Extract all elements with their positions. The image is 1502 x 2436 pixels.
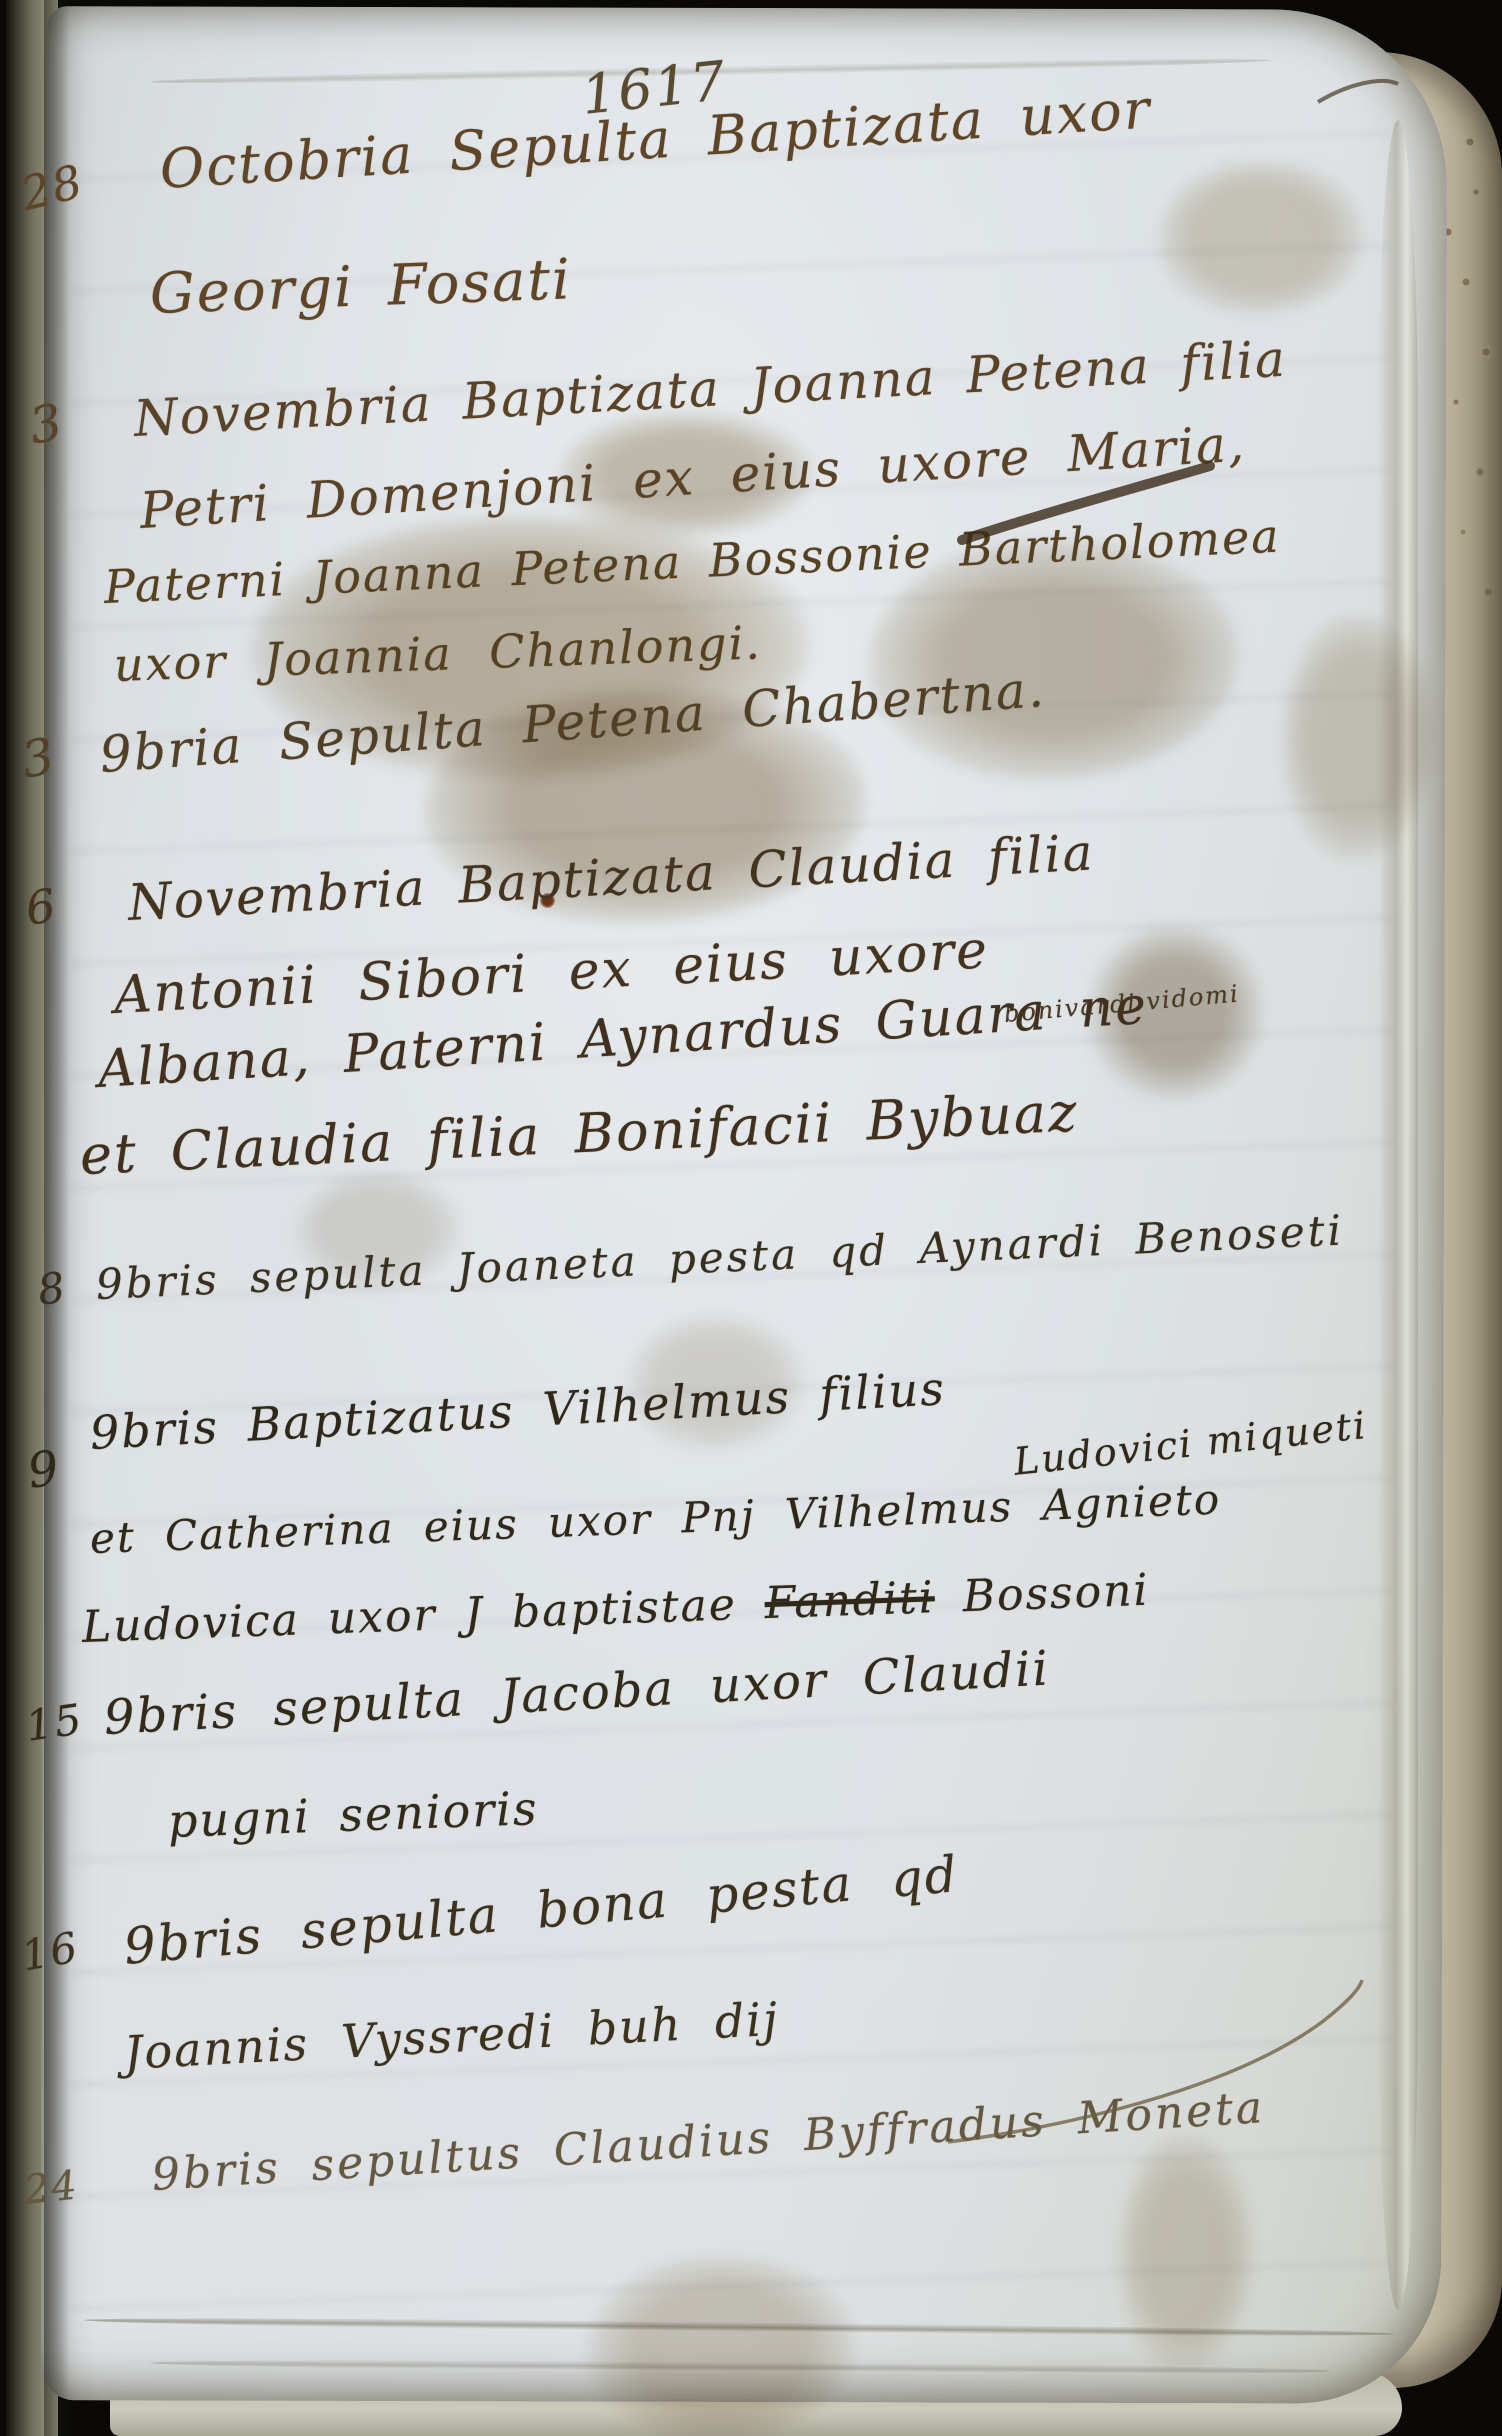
manuscript-photo: 1617 28 Octobria Sepulta Baptizata uxor … [0,0,1502,2436]
gutter-shadow [44,0,70,2436]
page-fold-ridge [1378,120,1418,2310]
entry-day-number: 24 [22,2162,81,2213]
strikethrough-text: Fanditi [764,1572,936,1629]
entry-line-post: Bossoni [934,1565,1151,1623]
entry-day-number: 16 [18,1922,83,1980]
entry-day-number: 9 [24,1440,64,1500]
entry-day-number: 15 [23,1694,87,1751]
